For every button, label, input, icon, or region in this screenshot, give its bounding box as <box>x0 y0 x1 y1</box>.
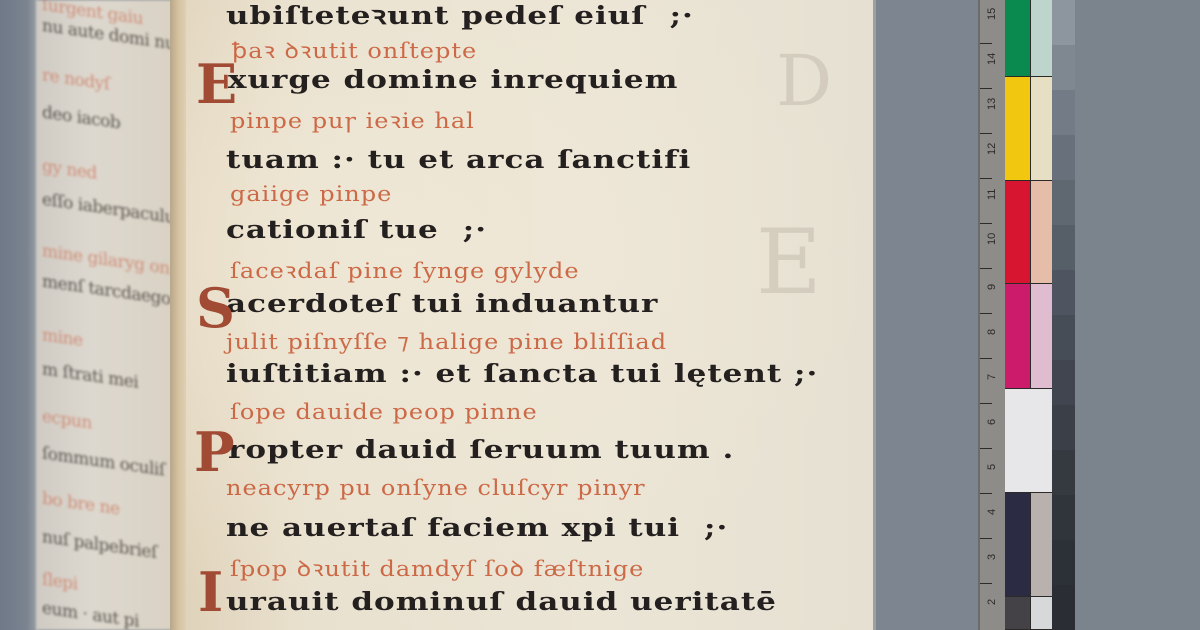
facing-page-line: nuſ palpebrieſ <box>42 527 157 563</box>
measurement-ruler: 15141312111098765432 <box>978 0 1005 630</box>
red-initial-s: S <box>196 276 235 340</box>
color-patch-green-pale <box>1030 0 1052 77</box>
gray-scale-step <box>1052 540 1075 586</box>
gray-scale-step <box>1052 45 1075 91</box>
line-text: pinpe puꞅ ieꝛie hal <box>230 108 475 133</box>
ruler-tick <box>980 448 992 449</box>
line-text: ropter dauid ſeruum tuum . <box>228 435 734 465</box>
gray-scale-step <box>1052 405 1075 451</box>
ruler-number: 4 <box>986 509 998 515</box>
gray-scale-step <box>1052 0 1075 46</box>
color-patch-yellow-pale <box>1030 77 1052 181</box>
color-patch-red-pale <box>1030 181 1052 284</box>
color-patch-dark-gray <box>1005 597 1030 630</box>
facing-page-line: mine <box>42 325 83 351</box>
color-patch-green <box>1005 0 1030 77</box>
gray-scale-step <box>1052 225 1075 271</box>
ruler-number: 2 <box>986 599 998 605</box>
gray-scale-step <box>1052 135 1075 181</box>
ruler-tick <box>980 403 992 404</box>
old-english-gloss-line: ſaceꝛdaſ pine ſynge gylyde <box>230 256 580 286</box>
background-right <box>1075 0 1200 630</box>
ruler-number: 12 <box>986 143 998 155</box>
ruler-number: 14 <box>986 53 998 65</box>
latin-text-line: acerdoteſ tui induantur <box>226 289 658 319</box>
color-patch-navy <box>1005 493 1030 597</box>
line-text: cationiſ tue <box>226 215 439 245</box>
line-text: xurge domine inrequiem <box>228 65 678 95</box>
facing-page-line: gy ned <box>42 156 97 184</box>
old-english-gloss-line: ſope dauide peop pinne <box>230 399 538 424</box>
latin-text-line: ropter dauid ſeruum tuum . <box>228 435 734 465</box>
ruler-number: 3 <box>986 554 998 560</box>
ruler-tick <box>980 178 992 179</box>
gray-scale-step <box>1052 360 1075 406</box>
ruler-tick <box>980 493 992 494</box>
line-text: ne auertaſ faciem xpi tui <box>226 513 680 543</box>
ruler-tick <box>980 358 992 359</box>
old-english-gloss-line: julit piſnyſſe ⁊ halige pine bliſſiad <box>226 329 667 354</box>
ruler-tick <box>980 88 992 89</box>
old-english-gloss-line: pinpe puꞅ ieꝛie hal <box>230 106 475 136</box>
gray-scale-step <box>1052 495 1075 541</box>
ruler-tick <box>980 538 992 539</box>
facing-page-line: ſommum oculiſ <box>42 443 165 480</box>
facing-page-line: ſlepi <box>42 569 78 594</box>
old-english-gloss-line: ꝥaꝛ ꝺꝛutit onſtepte <box>232 36 477 66</box>
latin-text-line: cationiſ tue;· <box>226 215 487 245</box>
gray-scale-step <box>1052 180 1075 226</box>
gray-scale-step <box>1052 90 1075 136</box>
ruler-number: 9 <box>986 284 998 290</box>
gray-scale-step <box>1052 450 1075 496</box>
ruler-number: 11 <box>986 189 998 200</box>
background-left <box>0 0 38 630</box>
ruler-number: 5 <box>986 464 998 470</box>
ruler-number: 7 <box>986 374 998 380</box>
facing-page-line: eum · aut pi <box>42 598 139 630</box>
line-text: ubiſteteꝛunt pedeſ eiuſ <box>226 1 646 31</box>
color-patch-red <box>1005 181 1030 284</box>
old-english-gloss-line: neacyrp pu onſyne cluſcyr pinyr <box>226 475 646 500</box>
ruler-tick <box>980 133 992 134</box>
line-text: gaiige pinpe <box>230 181 392 206</box>
line-text: neacyrp pu onſyne cluſcyr pinyr <box>226 475 646 500</box>
facing-page-line: deo iacob <box>42 102 120 133</box>
latin-text-line: xurge domine inrequiem <box>228 65 678 95</box>
line-text: julit piſnyſſe ⁊ halige pine bliſſiad <box>226 329 667 354</box>
old-english-gloss-line: gaiige pinpe <box>230 181 392 206</box>
ruler-tick <box>980 43 992 44</box>
line-text: iuſtitiam :· et ſancta tui lętent ;· <box>226 359 818 389</box>
color-patch-yellow <box>1005 77 1030 181</box>
facing-page-line: m ſtrati mei <box>42 359 138 393</box>
ruler-tick <box>980 583 992 584</box>
punctus-mark: ;· <box>463 215 487 245</box>
facing-page-line: bo bre ne <box>42 489 120 520</box>
ruler-tick <box>980 268 992 269</box>
background-right-margin <box>876 0 980 630</box>
line-text: ſpop ꝺꝛutit damdyſ ſoꝺ fæſtnige <box>230 556 644 581</box>
line-text: ſope dauide peop pinne <box>230 399 538 424</box>
red-initial-p: P <box>194 420 235 484</box>
latin-text-line: ne auertaſ faciem xpi tui;· <box>226 513 728 543</box>
facing-page-line: re nodyſ <box>42 65 110 94</box>
facing-page-left: ſurgent gaiunu aute domi nu uomre nodyſd… <box>36 0 174 630</box>
color-patch-magenta-pale <box>1030 284 1052 389</box>
ruler-tick <box>980 223 992 224</box>
gray-scale-step <box>1052 315 1075 361</box>
color-patch-dark-gray-pale <box>1030 597 1052 630</box>
line-text: ꝥaꝛ ꝺꝛutit onſtepte <box>232 38 477 63</box>
color-patch-navy-pale <box>1030 493 1052 597</box>
color-patch-magenta <box>1005 284 1030 389</box>
ruler-number: 13 <box>986 98 998 110</box>
show-through-letter: D <box>776 40 832 122</box>
punctus-mark: ;· <box>670 1 694 31</box>
ruler-number: 8 <box>986 329 998 335</box>
show-through-letter: E <box>756 210 822 315</box>
latin-text-line: urauit dominuſ dauid ueritatē <box>226 587 777 617</box>
line-text: ſaceꝛdaſ pine ſynge gylyde <box>230 258 580 283</box>
latin-text-line: iuſtitiam :· et ſancta tui lętent ;· <box>226 359 818 389</box>
old-english-gloss-line: ſpop ꝺꝛutit damdyſ ſoꝺ fæſtnige <box>230 554 644 584</box>
ruler-number: 6 <box>986 419 998 425</box>
facing-page-line: menſ tarcdaego m <box>42 272 174 313</box>
line-text: acerdoteſ tui induantur <box>226 289 658 319</box>
gray-scale-step <box>1052 270 1075 316</box>
manuscript-page: D E ubiſteteꝛunt pedeſ eiuſ;·ꝥaꝛ ꝺꝛutit … <box>186 0 876 630</box>
facing-page-line: ecpun <box>42 406 92 433</box>
facing-page-line: eſſo iaberpaculum <box>42 190 174 231</box>
line-text: tuam :· tu et arca ſanctifi <box>226 145 691 175</box>
color-patch-white <box>1005 389 1052 493</box>
red-initial-e: E <box>196 52 237 116</box>
latin-text-line: tuam :· tu et arca ſanctifi <box>226 145 691 175</box>
punctus-mark: ;· <box>704 513 728 543</box>
ruler-tick <box>980 313 992 314</box>
ruler-number: 10 <box>986 233 998 245</box>
latin-text-line: ubiſteteꝛunt pedeſ eiuſ;· <box>226 0 694 32</box>
line-text: urauit dominuſ dauid ueritatē <box>226 587 777 617</box>
red-initial-i: I <box>198 560 223 624</box>
gray-scale-step <box>1052 585 1075 630</box>
ruler-number: 15 <box>986 8 998 20</box>
